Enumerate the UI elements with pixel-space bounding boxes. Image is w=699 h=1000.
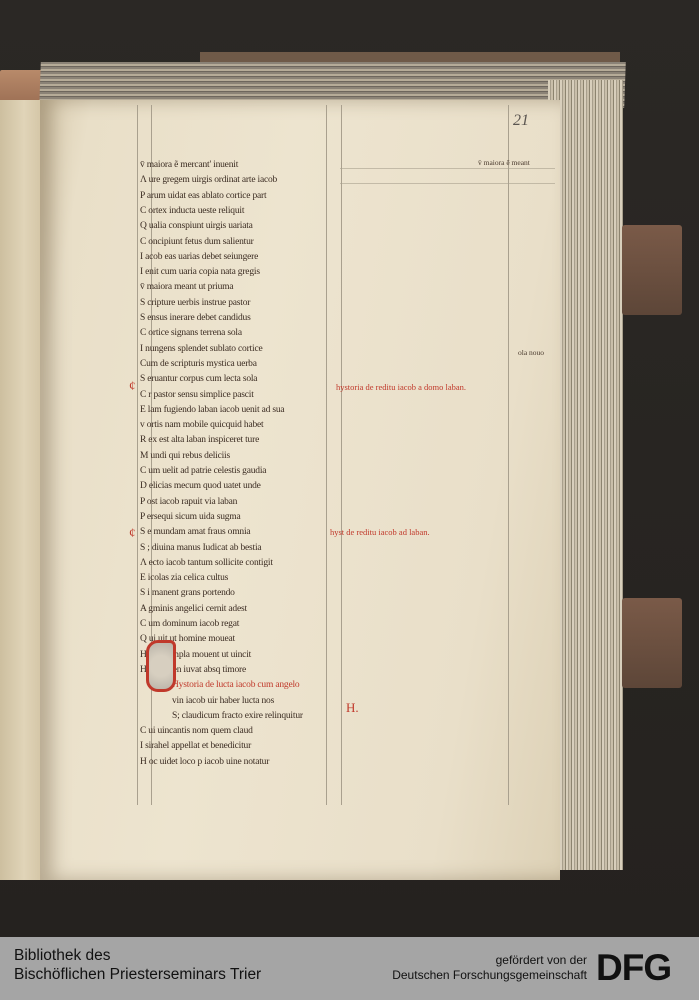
manuscript-line: S eruantur corpus cum lecta sola bbox=[140, 374, 330, 387]
library-name: Bibliothek des Bischöflichen Priestersem… bbox=[14, 946, 261, 984]
manuscript-line: Hystoria de lucta iacob cum angelo bbox=[172, 680, 362, 693]
manuscript-photo: 21 v̄ maiora ẽ meant ola nouo v̄ maiora … bbox=[0, 0, 699, 937]
manuscript-line: C ortex inducta ueste reliquit bbox=[140, 206, 330, 219]
top-right-gloss: v̄ maiora ẽ meant bbox=[478, 158, 530, 167]
manuscript-line: S ; diuina manus Iudicat ab bestia bbox=[140, 543, 330, 556]
manuscript-line: C um uelit ad patrie celestis gaudia bbox=[140, 466, 330, 479]
manuscript-line: A gminis angelici cernit adest bbox=[140, 604, 330, 617]
manuscript-line: P ersequi sicum uida sugma bbox=[140, 512, 330, 525]
rubric-heading: hyst de reditu iacob ad laban. bbox=[330, 527, 430, 537]
manuscript-line: Λ ure gregem uirgis ordinat arte iacob bbox=[140, 175, 330, 188]
manuscript-line: C ortice signans terrena sola bbox=[140, 328, 330, 341]
manuscript-line: C ui uincantis nom quem claud bbox=[140, 726, 330, 739]
library-line-1: Bibliothek des bbox=[14, 946, 261, 965]
manuscript-line: E lam fugiendo laban iacob uenit ad sua bbox=[140, 405, 330, 418]
manuscript-line: D elicias mecum quod uatet unde bbox=[140, 481, 330, 494]
paragraph-mark: ¢ bbox=[129, 378, 136, 394]
manuscript-line: R ex est alta laban inspiceret ture bbox=[140, 435, 330, 448]
manuscript-line: vin iacob uir haber lucta nos bbox=[172, 696, 362, 709]
clasp-upper bbox=[622, 225, 682, 315]
manuscript-line: I sirahel appellat et benedicitur bbox=[140, 741, 330, 754]
manuscript-line: v ortis nam mobile quicquid habet bbox=[140, 420, 330, 433]
manuscript-line: S cripture uerbis instrue pastor bbox=[140, 298, 330, 311]
mid-right-gloss: ola nouo bbox=[518, 348, 544, 357]
manuscript-line: v̄ maiora ẽ mercant' inuenit bbox=[140, 160, 330, 173]
manuscript-line: Cum de scripturis mystica uerba bbox=[140, 359, 330, 372]
manuscript-line: P arum uidat eas ablato cortice part bbox=[140, 191, 330, 204]
left-page bbox=[0, 100, 41, 880]
funding-line-1: gefördert von der bbox=[392, 953, 587, 968]
manuscript-line: S; claudicum fracto exire relinquitur bbox=[172, 711, 362, 724]
manuscript-line: H oc uidet loco p iacob uine notatur bbox=[140, 757, 330, 770]
ruling-horizontal-2 bbox=[340, 183, 555, 184]
library-line-2: Bischöflichen Priesterseminars Trier bbox=[14, 965, 261, 984]
manuscript-line: Q ualia conspiunt uirgis uariata bbox=[140, 221, 330, 234]
paragraph-mark: ¢ bbox=[129, 525, 136, 541]
manuscript-line: C r pastor sensu simplice pascit bbox=[140, 390, 330, 403]
manuscript-line: P ost iacob rapuit via laban bbox=[140, 497, 330, 510]
manuscript-line: S i manent grans portendo bbox=[140, 588, 330, 601]
manuscript-line: v̄ maiora meant ut priuma bbox=[140, 282, 330, 295]
manuscript-line: S e mundam amat fraus omnia bbox=[140, 527, 330, 540]
decorated-initial bbox=[146, 640, 176, 692]
marginal-mark: H. bbox=[346, 700, 359, 716]
footer-bar: Bibliothek des Bischöflichen Priestersem… bbox=[0, 937, 699, 1000]
ruling-horizontal-1 bbox=[340, 168, 555, 169]
funding-note: gefördert von der Deutschen Forschungsge… bbox=[392, 953, 587, 983]
manuscript-line: S ensus inerare debet candidus bbox=[140, 313, 330, 326]
manuscript-line: C oncipiunt fetus dum salientur bbox=[140, 237, 330, 250]
manuscript-line: I nungens splendet sublato cortice bbox=[140, 344, 330, 357]
funding-line-2: Deutschen Forschungsgemeinschaft bbox=[392, 968, 587, 983]
manuscript-line: M undi qui rebus deliciis bbox=[140, 451, 330, 464]
manuscript-line: E icolas zia celica cultus bbox=[140, 573, 330, 586]
manuscript-line: I acob eas uarias debet seiungere bbox=[140, 252, 330, 265]
manuscript-line: C um dominum iacob regat bbox=[140, 619, 330, 632]
ruling-vertical-5 bbox=[508, 105, 509, 805]
folio-number: 21 bbox=[513, 112, 529, 130]
clasp-lower bbox=[622, 598, 682, 688]
rubric-heading: hystoria de reditu iacob a domo laban. bbox=[336, 382, 466, 392]
manuscript-line: Λ ecto iacob tantum sollicite contigit bbox=[140, 558, 330, 571]
manuscript-line: I enit cum uaria copia nata gregis bbox=[140, 267, 330, 280]
dfg-logo: DFG bbox=[596, 948, 671, 988]
ruling-vertical-1 bbox=[137, 105, 138, 805]
